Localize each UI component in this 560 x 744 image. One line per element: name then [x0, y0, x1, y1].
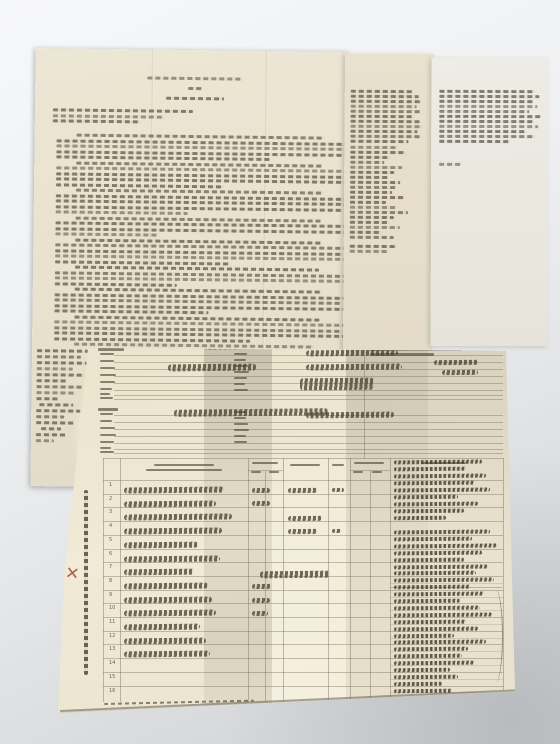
page3-typed-lines-line [439, 163, 461, 166]
form-row-lines-line [103, 549, 503, 550]
row-number: 10 [109, 606, 115, 611]
form-header-scripts-line [306, 412, 394, 419]
letter-address-lines-line [53, 119, 141, 123]
letter-body-lines-line [75, 266, 319, 272]
form-name-scripts-line [124, 569, 194, 576]
form-entry-scripts-line [252, 488, 270, 493]
row-number: 11 [109, 620, 115, 625]
form-label-bars-line [100, 413, 113, 415]
letter-body-lines-line [55, 260, 231, 265]
form-label-bars-line [100, 374, 116, 376]
form-label-bars-line [100, 393, 110, 395]
form-name-scripts-line [124, 582, 208, 589]
form-table-header-bars-line [332, 464, 344, 466]
page3-typed-lines-line [439, 90, 535, 93]
form-field-rules-line [114, 376, 503, 377]
form-remarks-scripts-line [394, 516, 446, 521]
form-name-scripts-line [124, 610, 216, 617]
row-number: 3 [109, 510, 112, 515]
page2-typed-lines-line [351, 95, 419, 98]
form-row-lines-line [350, 470, 390, 471]
red-x-mark: ✕ [64, 565, 80, 584]
letter-fragment-lines-line [37, 385, 83, 389]
form-table-header-bars-line [269, 471, 279, 473]
form-entry-scripts-line [288, 488, 318, 493]
form-row-lines-line [103, 686, 503, 687]
letter-fragment-lines-line [37, 355, 81, 359]
letter-body-lines-line [74, 343, 314, 349]
page2-typed-lines-line [351, 90, 413, 93]
form-remarks-rules-line [390, 583, 503, 584]
form-remarks-scripts-line [394, 557, 464, 562]
letter-title-lines-line [188, 87, 202, 90]
letter-body-lines-line [55, 232, 159, 236]
form-vlines-line [503, 458, 504, 690]
form-remarks-scripts-line [394, 599, 460, 604]
page2-typed-lines-line [350, 221, 390, 224]
form-table-header-bars-line [146, 469, 222, 471]
form-header-scripts-line [168, 364, 256, 372]
page2-typed-lines-line [350, 201, 386, 204]
form-remarks-scripts-line [394, 626, 478, 631]
form-label-bars-line [234, 371, 249, 373]
page3-typed-lines-line [439, 130, 527, 133]
form-table-header-bars-line [251, 471, 261, 473]
row-number: 16 [109, 689, 115, 694]
form-remarks-scripts-line [394, 543, 498, 548]
form-entry-scripts-line [288, 516, 322, 521]
form-field-rules-line [114, 453, 503, 454]
form-header-scripts-line [306, 350, 398, 357]
form-table-header-bars-line [353, 471, 363, 473]
letter-fragment-lines-line [36, 391, 76, 394]
form-table-header-bars-line [154, 464, 214, 466]
form-name-scripts-line [124, 500, 216, 507]
form-label-bars-line [234, 353, 247, 355]
row-number: 1 [109, 483, 112, 488]
form-label-bars-line [98, 408, 118, 411]
form-field-rules-line [114, 443, 503, 444]
letter-fragment-lines-line [41, 427, 61, 430]
page2-typed-lines-line [350, 231, 382, 234]
page2-typed-lines-line [350, 236, 394, 239]
form-entry-scripts-line [252, 584, 272, 589]
form-remarks-rules-line [390, 651, 503, 652]
form-entry-scripts-line [288, 529, 318, 534]
page2-typed-lines-line [350, 146, 398, 149]
form-label-bars-line [100, 381, 115, 383]
form-remarks-scripts-line [394, 467, 466, 472]
form-remarks-scripts-line [394, 688, 452, 693]
form-remarks-scripts-line [394, 668, 450, 673]
form-remarks-scripts-line [394, 564, 488, 569]
form-field-rules-line [114, 436, 503, 437]
form-remarks-scripts-line [394, 495, 458, 500]
form-table-header-bars-line [372, 471, 382, 473]
form-field-rules-line [114, 395, 503, 396]
form-label-bars-line [100, 434, 116, 436]
form-row-lines-line [248, 470, 283, 471]
page3-typed-lines-line [439, 125, 538, 128]
page2-typed-lines-line [350, 181, 400, 184]
form-header-scripts-line [442, 370, 478, 375]
row-number: 14 [109, 661, 115, 666]
page3-typed-lines-line [439, 100, 533, 103]
letter-fragment-lines-line [36, 439, 54, 442]
page2-typed-lines-line [350, 156, 390, 159]
form-remarks-scripts-line [394, 612, 492, 617]
page2-typed-lines-line [350, 211, 408, 214]
form-name-scripts-line [124, 624, 200, 631]
form-remarks-scripts-line [394, 675, 458, 680]
page2-typed-lines-line [351, 120, 420, 123]
form-vlines-line [364, 342, 365, 458]
form-label-bars-line [100, 388, 112, 390]
letter-body-lines-line [54, 309, 208, 314]
letter-body-lines-line [56, 210, 188, 215]
page2-typed-lines-line [350, 186, 396, 189]
page3-typed-lines-line [439, 140, 509, 143]
form-label-bars-line [98, 348, 124, 351]
form-table-header-bars-line [354, 462, 384, 464]
letter-title-lines-line [147, 76, 243, 80]
letter-body-lines-line [75, 288, 322, 294]
form-label-bars-line [100, 420, 112, 422]
form-remarks-rules-line [390, 610, 503, 611]
form-header-scripts-line [300, 378, 374, 391]
typed-page-2 [343, 54, 434, 353]
page3-typed-lines-line [439, 120, 534, 123]
row-number: 7 [109, 565, 112, 570]
form-row-lines-line [103, 603, 503, 604]
form-label-bars-line [234, 423, 248, 425]
form-table-header-bars-line [290, 464, 320, 466]
form-label-bars-line [100, 397, 113, 399]
letter-fragment-lines-line [39, 403, 73, 406]
form-label-bars-line [100, 367, 115, 369]
row-number: 5 [109, 538, 112, 543]
photo-scene: ✕ 12345678910111213141516 [0, 0, 560, 744]
form-entry-scripts-line [260, 571, 330, 579]
form-row-lines-line [103, 535, 503, 536]
form-remarks-scripts-line [394, 682, 442, 687]
form-label-bars-line [100, 441, 114, 443]
record-form: ✕ 12345678910111213141516 [54, 340, 516, 718]
form-row-lines-line [103, 590, 503, 591]
page2-typed-lines-line [350, 196, 405, 199]
page2-typed-lines-line [350, 135, 420, 138]
form-name-scripts-line [124, 541, 198, 548]
form-remarks-scripts-line [394, 481, 474, 486]
row-number: 4 [109, 524, 112, 529]
page2-typed-lines-line [351, 100, 422, 103]
letter-fragment-lines-line [37, 367, 73, 370]
page2-typed-lines-line [350, 245, 396, 248]
letter-fragment-lines-line [36, 397, 58, 400]
form-label-bars-line [100, 353, 114, 355]
letter-fragment-lines-line [36, 415, 64, 418]
page2-typed-lines-line [350, 206, 398, 209]
letter-address-lines-line [53, 108, 193, 113]
side-margin-text [84, 490, 88, 675]
page2-typed-lines-line [351, 125, 423, 129]
row-number: 12 [109, 634, 115, 639]
form-remarks-rules-line [390, 597, 503, 598]
form-entry-scripts-line [332, 488, 344, 492]
form-field-rules-line [114, 449, 503, 450]
form-label-bars-line [100, 447, 111, 449]
letter-fragment-lines-line [36, 409, 80, 413]
row-number: 13 [109, 647, 115, 652]
form-name-scripts-line [124, 555, 220, 562]
letter-body-lines-line [77, 134, 325, 140]
form-name-scripts-line [124, 637, 206, 644]
letter-body-lines-line [54, 337, 250, 342]
form-name-scripts-line [124, 528, 222, 535]
page2-typed-lines-line [350, 226, 400, 229]
letter-fragment-lines-line [37, 349, 89, 353]
form-field-rules-line [114, 399, 503, 400]
form-entry-scripts-line [252, 611, 268, 616]
page2-typed-lines-line [350, 171, 394, 174]
form-vlines-line [370, 471, 371, 702]
form-header-scripts-line [434, 360, 478, 365]
form-label-bars-line [234, 359, 246, 361]
form-remarks-scripts-line [394, 633, 454, 638]
form-entry-scripts-line [252, 501, 270, 506]
form-row-lines-line [103, 617, 503, 618]
page2-typed-lines-line [351, 110, 421, 113]
form-name-scripts-line [124, 486, 224, 493]
form-row-lines-line [103, 521, 503, 522]
form-remarks-scripts-line [394, 509, 464, 514]
form-name-scripts-line [124, 651, 210, 658]
row-number: 8 [109, 579, 112, 584]
page2-typed-lines-line [351, 115, 415, 118]
page3-typed-lines-line [439, 135, 535, 138]
row-number: 6 [109, 552, 112, 557]
form-remarks-scripts-line [394, 605, 480, 610]
letter-fragment-lines-line [37, 361, 87, 365]
form-label-bars-line [234, 429, 249, 431]
form-row-lines-line [103, 658, 503, 659]
page3-typed-lines-line [439, 110, 529, 113]
form-label-bars-line [234, 383, 245, 385]
form-row-lines-line [103, 672, 503, 673]
page2-typed-lines-line [350, 176, 388, 179]
form-name-scripts-line [124, 596, 212, 603]
form-label-bars-line [234, 377, 247, 379]
letter-body-lines-line [56, 155, 270, 161]
form-label-bars-line [234, 441, 247, 443]
form-label-bars-line [100, 360, 114, 362]
page2-typed-lines-line [350, 166, 402, 169]
letter-fragment-lines-line [37, 379, 67, 382]
page2-typed-lines-line [350, 191, 392, 194]
form-row-lines-line [103, 644, 503, 645]
form-remarks-scripts-line [394, 619, 466, 624]
form-field-rules-line [114, 429, 503, 430]
form-entry-scripts-line [332, 529, 342, 533]
page2-typed-lines-line [350, 250, 388, 253]
form-label-bars-line [234, 417, 246, 419]
form-label-bars-line [234, 435, 246, 437]
form-remarks-scripts-line [394, 550, 482, 555]
page2-typed-lines-line [350, 161, 384, 164]
letter-fragment-lines-line [36, 421, 74, 424]
typed-page-3 [430, 58, 548, 346]
form-table-header-bars-line [252, 462, 278, 464]
form-row-lines-line [103, 562, 503, 563]
page3-typed-lines-line [439, 95, 539, 98]
form-row-lines-line [103, 458, 503, 459]
form-header-scripts-line [306, 363, 402, 370]
page2-typed-lines-line [350, 216, 394, 219]
form-label-bars-line [100, 451, 114, 453]
letter-title-lines-line [166, 97, 224, 101]
page2-typed-lines-line [350, 151, 406, 154]
form-label-bars-line [234, 389, 248, 391]
letter-body-lines-line [76, 189, 323, 195]
letter-body-lines-line [55, 282, 177, 286]
letter-fragment-lines-line [37, 373, 85, 377]
form-label-bars-line [100, 427, 115, 429]
row-number: 15 [109, 675, 115, 680]
form-entry-scripts-line [252, 598, 270, 603]
page2-typed-lines-line [351, 105, 417, 108]
page2-typed-lines-line [350, 140, 408, 143]
letter-fragment-lines-line [36, 433, 66, 436]
row-number: 2 [109, 497, 112, 502]
form-remarks-scripts-line [394, 536, 472, 541]
letter-address-lines-line [53, 114, 165, 118]
letter-body-lines-line [56, 183, 224, 188]
form-field-rules-line [114, 422, 503, 423]
page3-typed-lines-line [439, 115, 540, 118]
page3-typed-lines-line [439, 105, 537, 108]
page2-typed-lines-line [350, 130, 417, 133]
row-number: 9 [109, 593, 112, 598]
